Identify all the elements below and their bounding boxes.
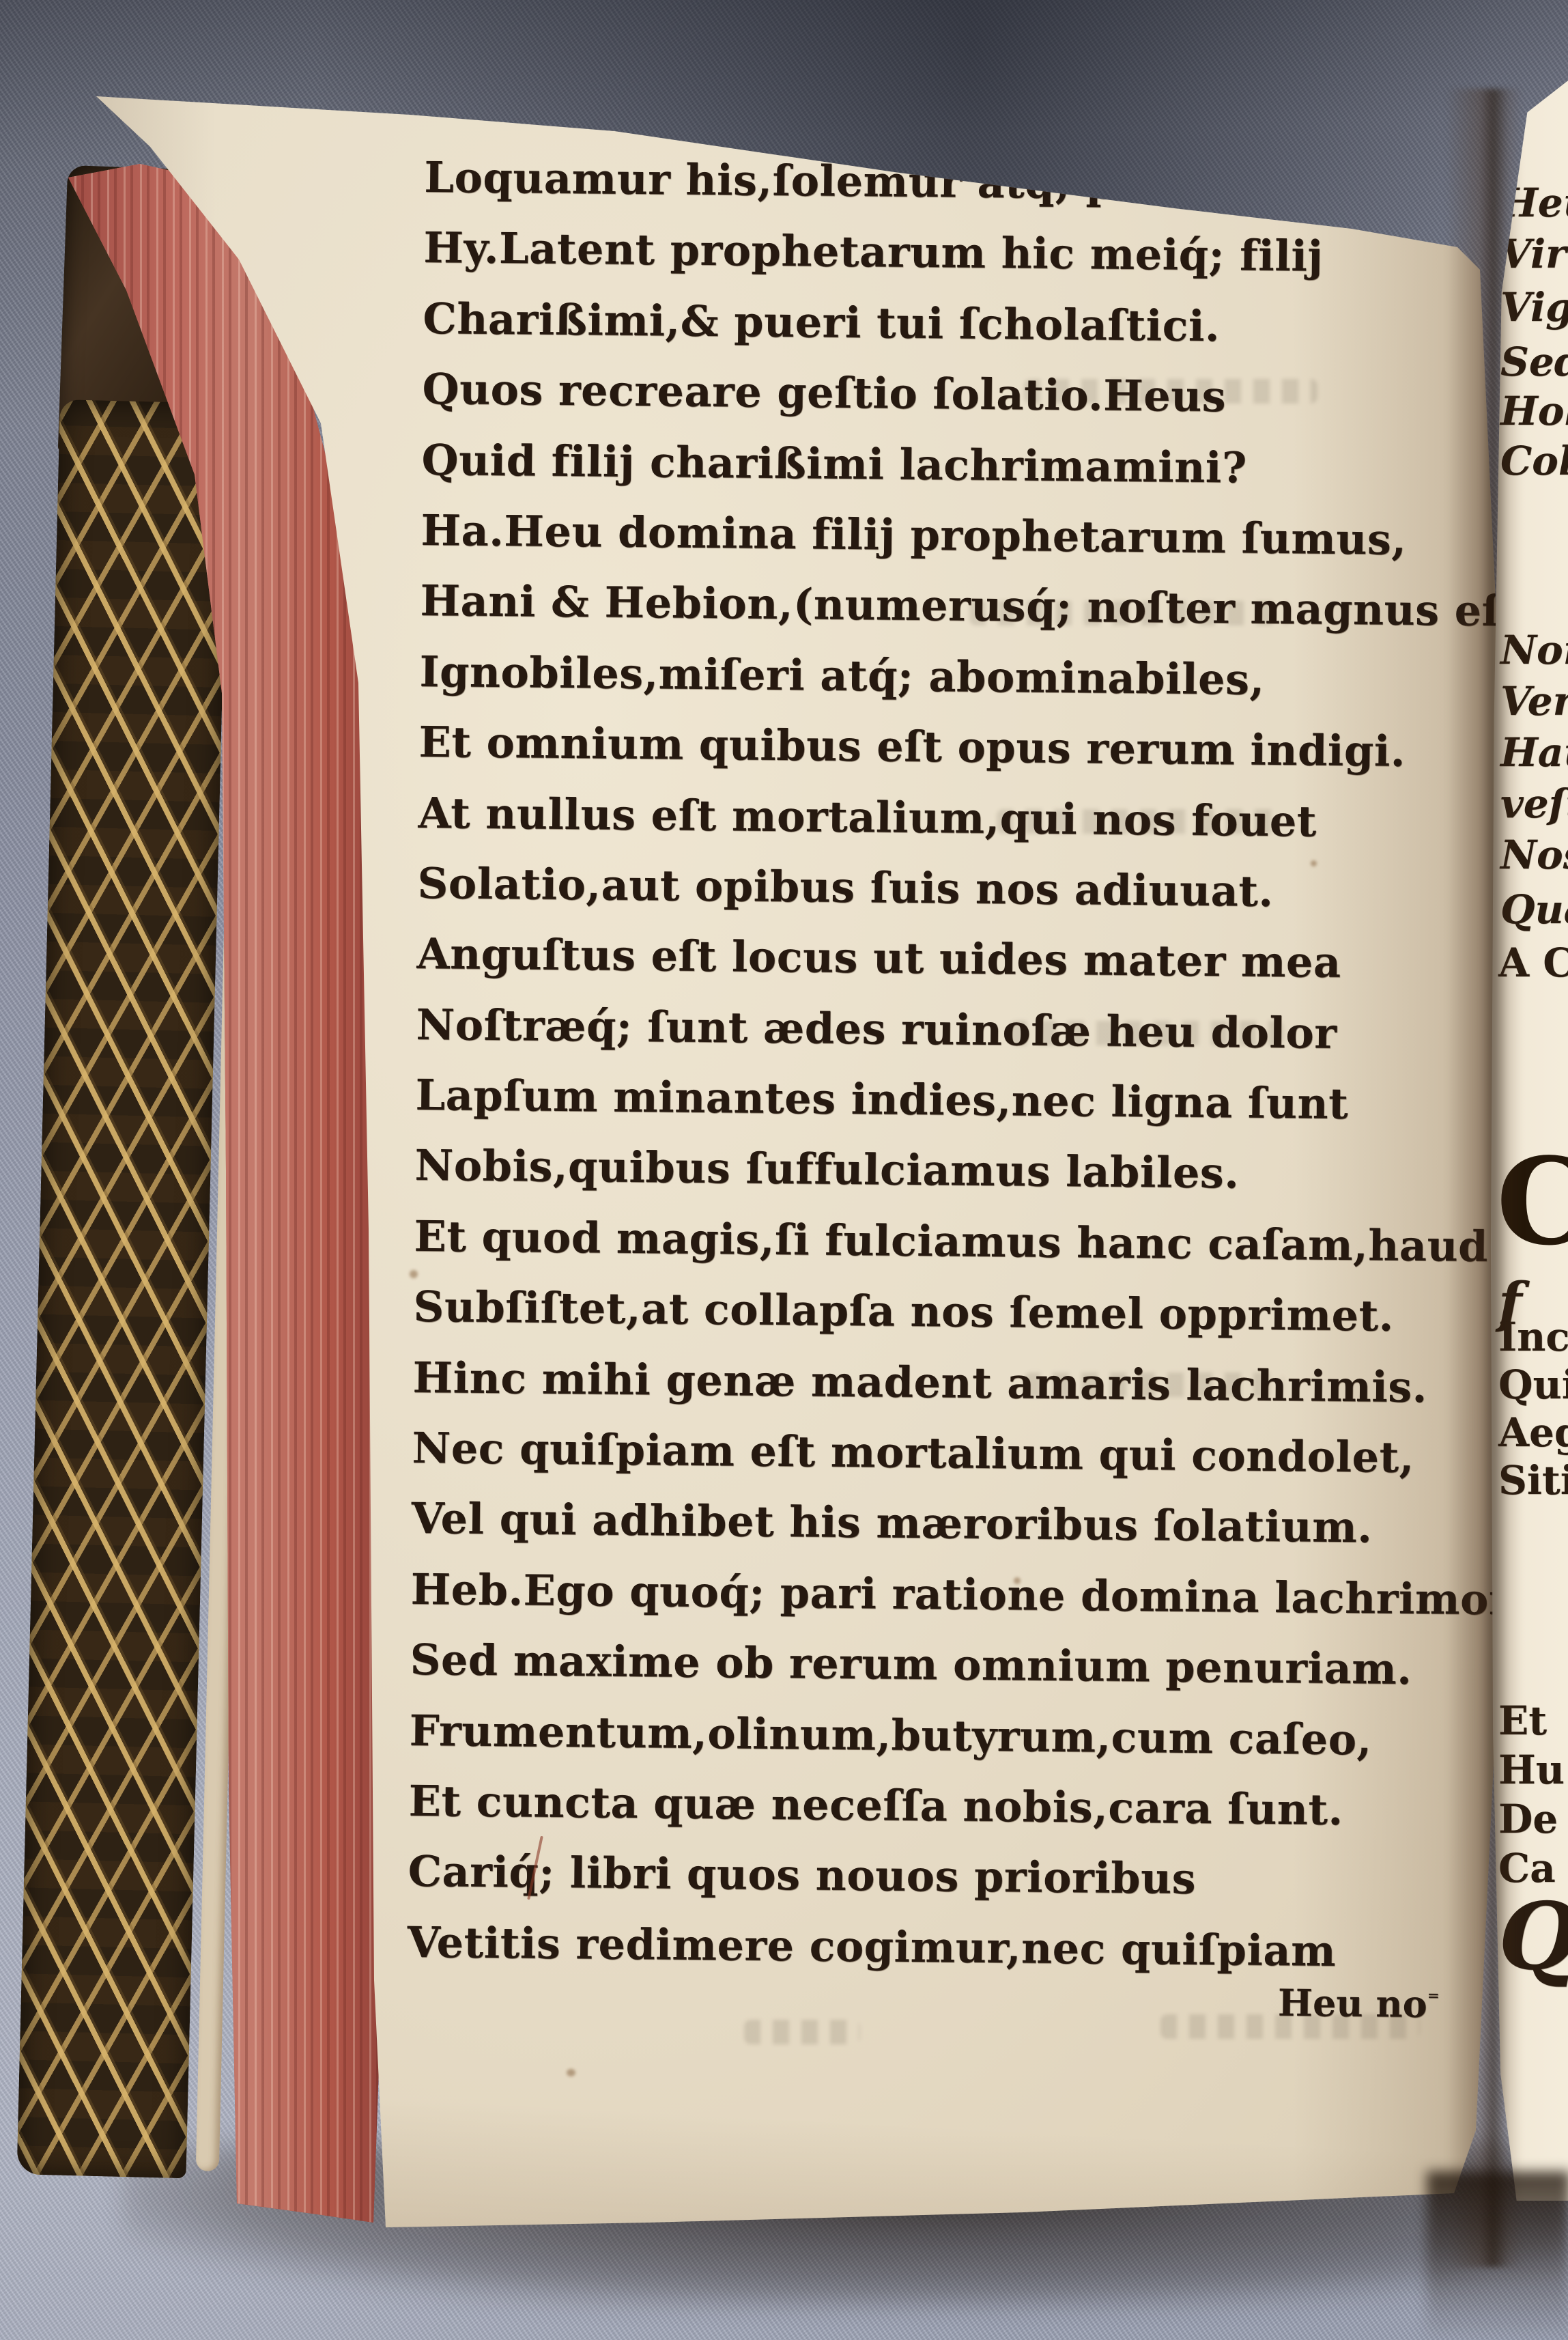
verse-line: Sed maxime ob rerum omnium penuriam. xyxy=(410,1624,1489,1706)
verse-text-block: Loquamur his,ſolemur atq́; paululum. Hy.… xyxy=(407,142,1503,1988)
verse-line: Hani & Hebion,(numerusq́; noſter magnus … xyxy=(420,565,1499,647)
verse-line: Anguſtus eſt locus ut uides mater mea xyxy=(416,918,1496,1000)
verse-line: Cariq́; libri quos nouos prioribus xyxy=(408,1836,1487,1917)
verse-line: Et omnium quibus eſt opus rerum indigi. xyxy=(418,707,1498,788)
gutter-shadow xyxy=(1446,89,1522,2267)
verse-line: Charißimi,& pueri tui ſcholaſtici. xyxy=(423,283,1502,365)
verse-line: Ha.Heu domina filij prophetarum ſumus, xyxy=(420,495,1500,576)
verse-line: Solatio,aut opibus ſuis nos adiuuat. xyxy=(417,848,1496,929)
verse-line: Lapſum minantes indies,nec ligna ſunt xyxy=(415,1060,1494,1141)
catchword: Heu no⁼ xyxy=(1278,1981,1438,2026)
verse-line: Hinc mihi genæ madent amaris lachrimis. xyxy=(412,1342,1492,1424)
book-photo-scene: Loquamur his,ſolemur atq́; paululum. Hy.… xyxy=(0,0,1568,2340)
catchword-text: Heu no xyxy=(1278,1981,1427,2026)
verse-line: Et quod magis,ſi fulciamus hanc caſam,ha… xyxy=(414,1201,1493,1282)
verse-line: Quid filij charißimi lachrimamini? xyxy=(421,425,1500,506)
verse-line: Subſiſtet,at collapſa nos ſemel opprimet… xyxy=(413,1271,1492,1353)
verse-line: Nobis,quibus ſuffulciamus labiles. xyxy=(414,1130,1494,1211)
verse-line: Heb.Ego quoq́; pari ratione domina lachr… xyxy=(410,1554,1489,1635)
catchword-abbreviation-mark: ⁼ xyxy=(1427,1986,1438,2014)
verse-line: Et cuncta quæ neceſſa nobis,cara ſunt. xyxy=(408,1766,1487,1847)
verse-line: Quos recreare geſtio ſolatio.Heus xyxy=(422,354,1501,435)
verse-line: Noſtræq́; ſunt ædes ruinoſæ heu dolor xyxy=(416,989,1495,1071)
foxing-spot xyxy=(567,2069,575,2076)
cast-shadow xyxy=(1427,2171,1568,2340)
verse-line: Ignobiles,miſeri atq́; abominabiles, xyxy=(419,636,1498,718)
verse-line: Vel qui adhibet his mæroribus ſolatium. xyxy=(411,1483,1490,1564)
verse-line: Vetitis redimere cogimur,nec quiſpiam xyxy=(407,1907,1486,1988)
show-through-mark xyxy=(744,2020,860,2044)
verse-line: At nullus eſt mortalium,qui nos fouet xyxy=(418,777,1497,858)
verse-line: Nec quiſpiam eſt mortalium qui condolet, xyxy=(412,1413,1491,1494)
verse-line: Frumentum,olinum,butyrum,cum caſeo, xyxy=(409,1695,1488,1776)
